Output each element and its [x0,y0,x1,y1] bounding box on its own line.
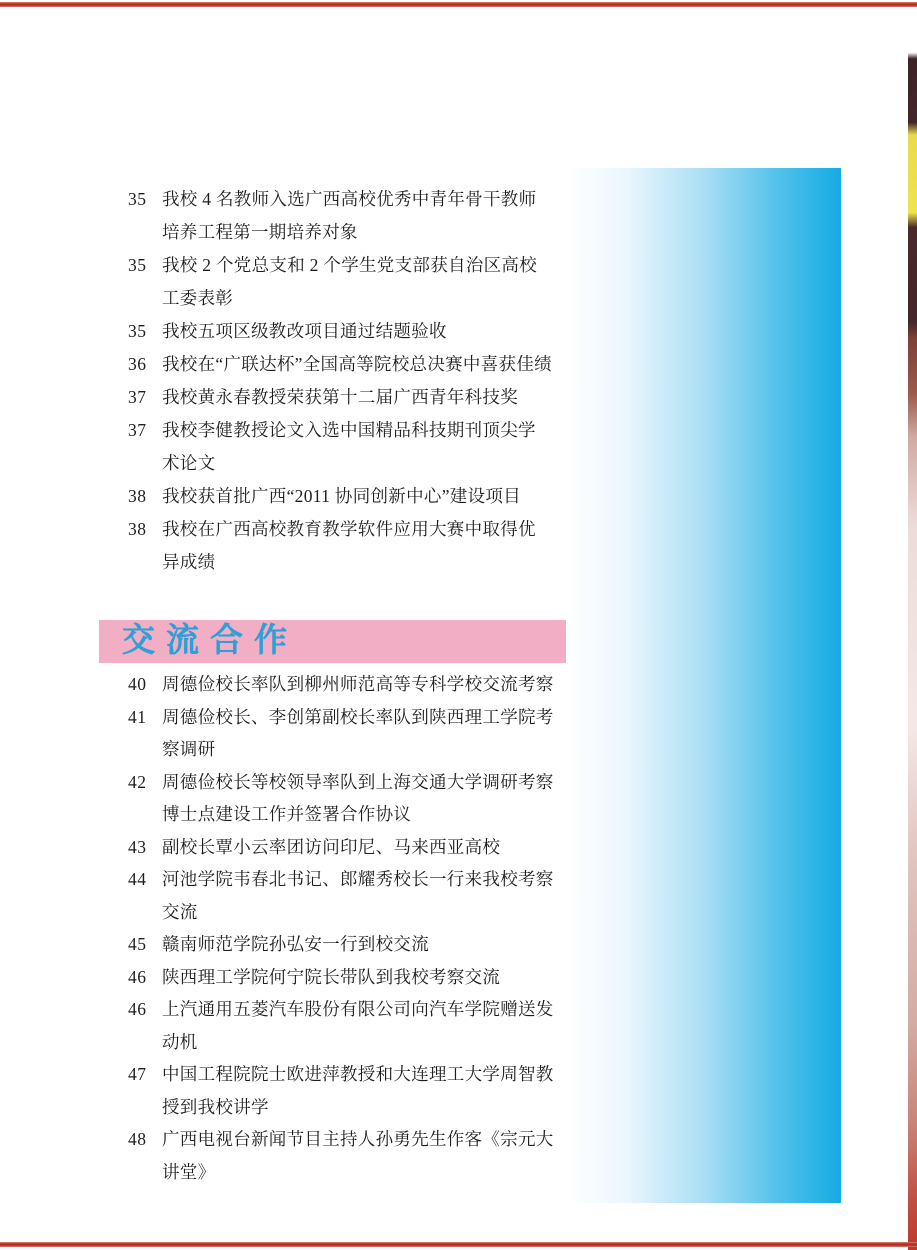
toc-entry: 41 周德俭校长、李创第副校长率队到陕西理工学院考察调研 [128,701,558,766]
toc-entry-page-number: 44 [128,863,162,896]
toc-entry-page-number: 42 [128,766,162,799]
toc-entry-page-number: 36 [128,348,162,381]
section-title-exchange-cooperation: 交流合作 [99,620,298,663]
toc-section-news-list: 35 我校 4 名教师入选广西高校优秀中青年骨干教师培养工程第一期培养对象 35… [128,183,558,579]
toc-entry-title: 我校李健教授论文入选中国精品科技期刊顶尖学术论文 [162,414,558,480]
toc-entry-page-number: 46 [128,993,162,1026]
blue-gradient-side-panel [568,168,841,1203]
toc-entry: 36 我校在“广联达杯”全国高等院校总决赛中喜获佳绩 [128,348,558,381]
toc-entry-page-number: 48 [128,1123,162,1156]
toc-entry-page-number: 37 [128,414,162,447]
toc-entry: 47 中国工程院院士欧进萍教授和大连理工大学周智教授到我校讲学 [128,1058,558,1123]
toc-entry-title: 我校 4 名教师入选广西高校优秀中青年骨干教师培养工程第一期培养对象 [162,183,558,249]
toc-entry-title: 我校五项区级教改项目通过结题验收 [162,315,558,348]
section-header-band: 交流合作 [99,620,566,663]
toc-entry: 37 我校黄永春教授荣获第十二届广西青年科技奖 [128,381,558,414]
toc-entry-title: 河池学院韦春北书记、郎耀秀校长一行来我校考察交流 [162,863,558,928]
toc-entry: 37 我校李健教授论文入选中国精品科技期刊顶尖学术论文 [128,414,558,480]
page-bottom-border-rule [0,1242,917,1247]
toc-entry-title: 陕西理工学院何宁院长带队到我校考察交流 [162,961,558,994]
toc-entry-title: 上汽通用五菱汽车股份有限公司向汽车学院赠送发动机 [162,993,558,1058]
toc-entry: 48 广西电视台新闻节目主持人孙勇先生作客《宗元大讲堂》 [128,1123,558,1188]
toc-entry: 35 我校 2 个党总支和 2 个学生党支部获自治区高校工委表彰 [128,249,558,315]
toc-entry: 46 上汽通用五菱汽车股份有限公司向汽车学院赠送发动机 [128,993,558,1058]
toc-entry-page-number: 38 [128,480,162,513]
toc-entry: 40 周德俭校长率队到柳州师范高等专科学校交流考察 [128,668,558,701]
toc-entry-title: 中国工程院院士欧进萍教授和大连理工大学周智教授到我校讲学 [162,1058,558,1123]
toc-entry-title: 我校黄永春教授荣获第十二届广西青年科技奖 [162,381,558,414]
toc-entry: 35 我校五项区级教改项目通过结题验收 [128,315,558,348]
toc-entry-page-number: 43 [128,831,162,864]
toc-entry-title: 周德俭校长、李创第副校长率队到陕西理工学院考察调研 [162,701,558,766]
toc-entry-title: 广西电视台新闻节目主持人孙勇先生作客《宗元大讲堂》 [162,1123,558,1188]
toc-entry-page-number: 40 [128,668,162,701]
toc-entry: 44 河池学院韦春北书记、郎耀秀校长一行来我校考察交流 [128,863,558,928]
toc-entry-title: 我校获首批广西“2011 协同创新中心”建设项目 [162,480,558,513]
toc-entry-title: 周德俭校长等校领导率队到上海交通大学调研考察博士点建设工作并签署合作协议 [162,766,558,831]
toc-entry-title: 我校 2 个党总支和 2 个学生党支部获自治区高校工委表彰 [162,249,558,315]
adjacent-page-edge-strip [908,0,917,1250]
page-top-border-rule [0,2,917,7]
toc-entry-title: 周德俭校长率队到柳州师范高等专科学校交流考察 [162,668,558,701]
toc-entry-page-number: 35 [128,315,162,348]
toc-entry-page-number: 47 [128,1058,162,1091]
toc-entry-page-number: 46 [128,961,162,994]
toc-entry: 46 陕西理工学院何宁院长带队到我校考察交流 [128,961,558,994]
toc-entry-title: 我校在广西高校教育教学软件应用大赛中取得优异成绩 [162,513,558,579]
toc-entry: 45 赣南师范学院孙弘安一行到校交流 [128,928,558,961]
toc-entry-page-number: 41 [128,701,162,734]
toc-entry-page-number: 45 [128,928,162,961]
toc-entry-page-number: 37 [128,381,162,414]
toc-entry-page-number: 35 [128,183,162,216]
toc-section-exchange-list: 40 周德俭校长率队到柳州师范高等专科学校交流考察 41 周德俭校长、李创第副校… [128,668,558,1188]
toc-entry: 38 我校在广西高校教育教学软件应用大赛中取得优异成绩 [128,513,558,579]
toc-entry-title: 我校在“广联达杯”全国高等院校总决赛中喜获佳绩 [162,348,558,381]
toc-entry-title: 副校长覃小云率团访问印尼、马来西亚高校 [162,831,558,864]
toc-entry: 43 副校长覃小云率团访问印尼、马来西亚高校 [128,831,558,864]
scanned-toc-page: 35 我校 4 名教师入选广西高校优秀中青年骨干教师培养工程第一期培养对象 35… [0,0,917,1250]
toc-entry: 38 我校获首批广西“2011 协同创新中心”建设项目 [128,480,558,513]
toc-entry: 35 我校 4 名教师入选广西高校优秀中青年骨干教师培养工程第一期培养对象 [128,183,558,249]
toc-entry-title: 赣南师范学院孙弘安一行到校交流 [162,928,558,961]
toc-entry-page-number: 35 [128,249,162,282]
toc-entry: 42 周德俭校长等校领导率队到上海交通大学调研考察博士点建设工作并签署合作协议 [128,766,558,831]
toc-entry-page-number: 38 [128,513,162,546]
